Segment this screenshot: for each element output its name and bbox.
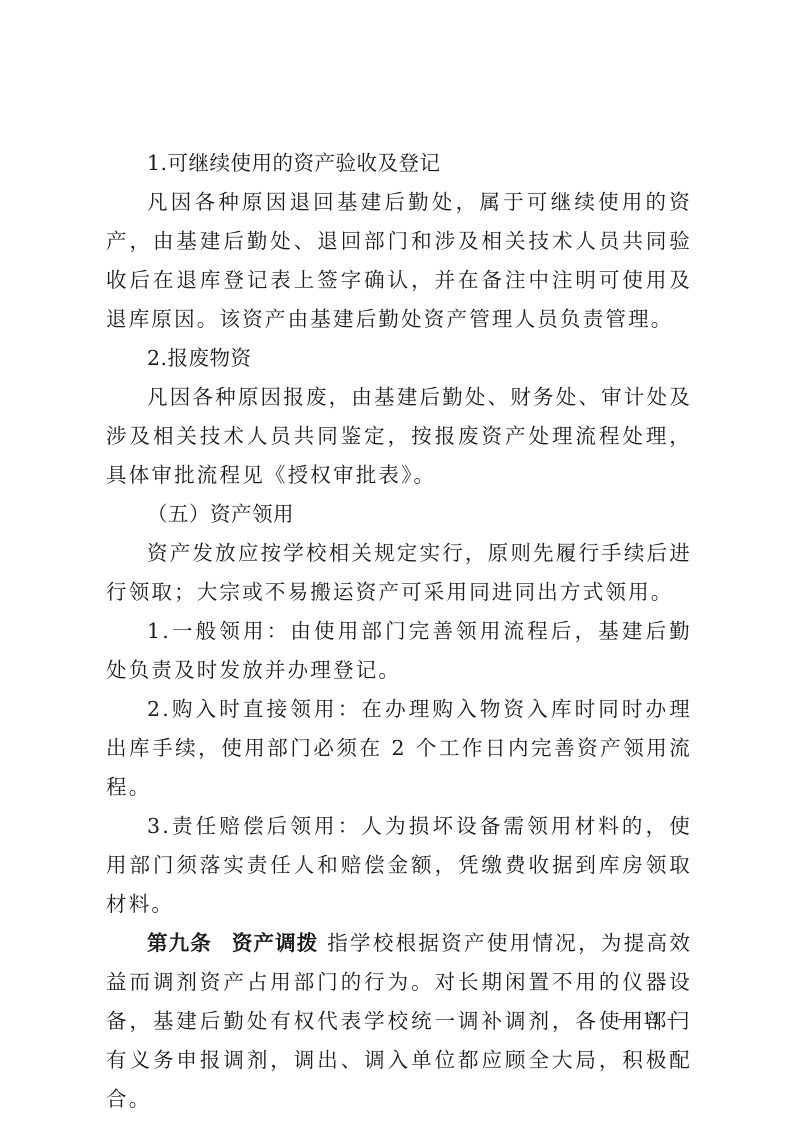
- paragraph-asset-issuance: 资产发放应按学校相关规定实行，原则先履行手续后进行领取；大宗或不易搬运资产可采用…: [106, 534, 692, 612]
- section-heading-asset-requisition: （五）资产领用: [106, 495, 692, 534]
- article-nine: 第九条资产调拨 指学校根据资产使用情况，为提高效益而调剂资产占用部门的行为。对长…: [106, 924, 692, 1119]
- article-title: 资产调拨: [232, 931, 319, 955]
- paragraph-scrapped-materials: 凡因各种原因报废，由基建后勤处、财务处、审计处及涉及相关技术人员共同鉴定，按报废…: [106, 378, 692, 495]
- article-body: 指学校根据资产使用情况，为提高效益而调剂资产占用部门的行为。对长期闲置不用的仪器…: [106, 931, 692, 1111]
- page-number: — 11 —: [618, 1008, 686, 1029]
- subheading-reusable-assets: 1.可继续使用的资产验收及登记: [106, 144, 692, 183]
- paragraph-general-requisition: 1.一般领用：由使用部门完善领用流程后，基建后勤处负责及时发放并办理登记。: [106, 612, 692, 690]
- paragraph-compensation-requisition: 3.责任赔偿后领用：人为损坏设备需领用材料的，使用部门须落实责任人和赔偿金额，凭…: [106, 807, 692, 924]
- subheading-scrapped-materials: 2.报废物资: [106, 339, 692, 378]
- article-label: 第九条: [147, 931, 212, 955]
- document-page: 1.可继续使用的资产验收及登记 凡因各种原因退回基建后勤处，属于可继续使用的资产…: [106, 144, 692, 1119]
- paragraph-direct-requisition: 2.购入时直接领用：在办理购入物资入库时同时办理出库手续，使用部门必须在 2 个…: [106, 690, 692, 807]
- paragraph-reusable-assets: 凡因各种原因退回基建后勤处，属于可继续使用的资产，由基建后勤处、退回部门和涉及相…: [106, 183, 692, 339]
